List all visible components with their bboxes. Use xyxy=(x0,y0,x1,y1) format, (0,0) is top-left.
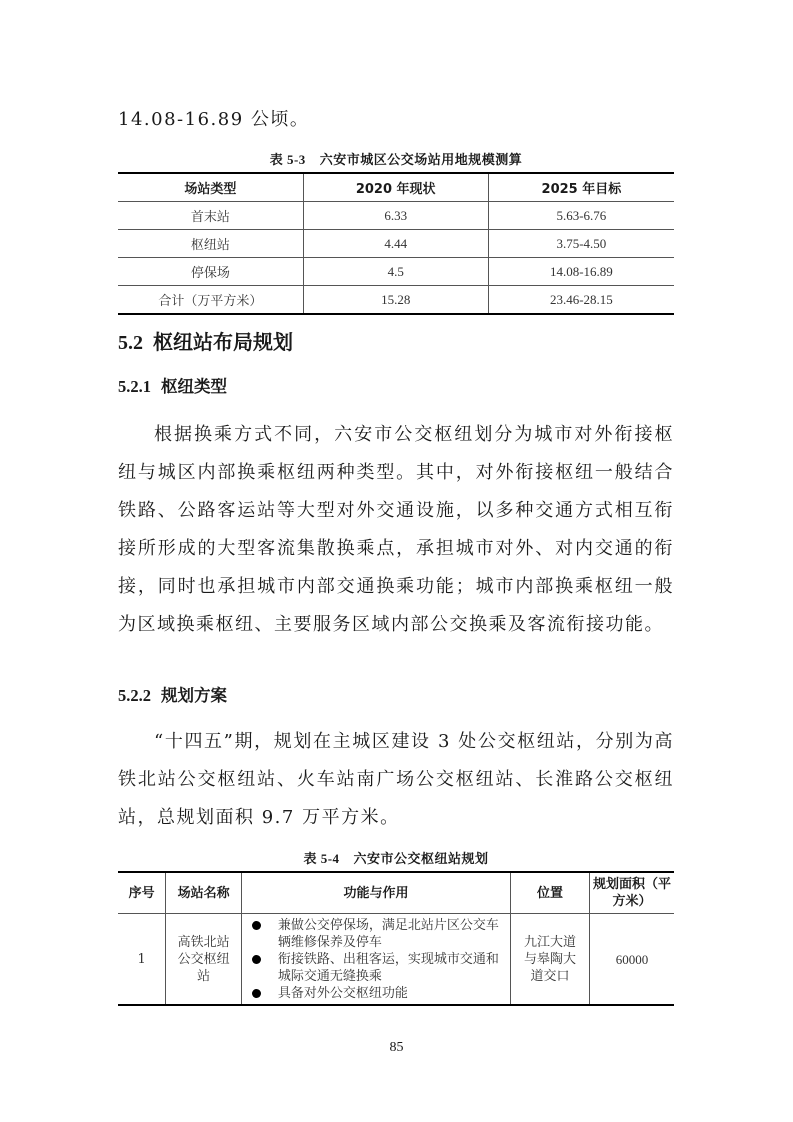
table-row: 枢纽站 4.44 3.75-4.50 xyxy=(118,230,674,258)
column-header: 位置 xyxy=(511,872,590,914)
document-page: 14.08-16.89 公顷。 表 5-3六安市城区公交场站用地规模测算 场站类… xyxy=(0,0,793,1122)
bullet-icon xyxy=(252,989,261,998)
table-cell: 停保场 xyxy=(118,258,303,286)
table-row: 首末站 6.33 5.63-6.76 xyxy=(118,202,674,230)
table-caption: 表 5-4六安市公交枢纽站规划 xyxy=(118,848,674,867)
section-number: 5.2.1 xyxy=(118,377,151,396)
table-cell: 3.75-4.50 xyxy=(488,230,674,258)
planned-area: 60000 xyxy=(589,914,674,1006)
table-title: 六安市城区公交场站用地规模测算 xyxy=(320,153,523,168)
section-title: 枢纽类型 xyxy=(161,377,227,396)
function-text: 兼做公交停保场，满足北站片区公交车辆维修保养及停车 xyxy=(278,918,499,950)
table-row: 停保场 4.5 14.08-16.89 xyxy=(118,258,674,286)
bullet-icon xyxy=(252,955,261,964)
column-header: 规划面积（平方米） xyxy=(589,872,674,914)
bullet-icon xyxy=(252,921,261,930)
function-list-cell: 兼做公交停保场，满足北站片区公交车辆维修保养及停车 衔接铁路、出租客运，实现城市… xyxy=(241,914,510,1006)
station-name: 高铁北站公交枢纽站 xyxy=(166,914,242,1006)
table-5-4-block: 表 5-4六安市公交枢纽站规划 序号 场站名称 功能与作用 位置 规划面积（平方… xyxy=(118,848,674,1006)
paragraph-plan: “十四五”期，规划在主城区建设 3 处公交枢纽站，分别为高铁北站公交枢纽站、火车… xyxy=(118,723,674,837)
table-header-row: 场站类型 2020 年现状 2025 年目标 xyxy=(118,173,674,202)
section-title: 规划方案 xyxy=(161,686,227,705)
table-caption: 表 5-3六安市城区公交场站用地规模测算 xyxy=(118,149,674,168)
intro-line: 14.08-16.89 公顷。 xyxy=(118,101,674,139)
table-cell: 14.08-16.89 xyxy=(488,258,674,286)
column-header: 场站名称 xyxy=(166,872,242,914)
hub-plan-table: 序号 场站名称 功能与作用 位置 规划面积（平方米） 1 高铁北站公交枢纽站 兼… xyxy=(118,871,674,1006)
table-cell: 4.5 xyxy=(303,258,488,286)
section-number: 5.2.2 xyxy=(118,686,151,705)
section-heading-5-2: 5.2枢纽站布局规划 xyxy=(118,326,293,355)
list-item: 具备对外公交枢纽功能 xyxy=(246,985,506,1002)
table-cell: 4.44 xyxy=(303,230,488,258)
location: 九江大道与皋陶大道交口 xyxy=(511,914,590,1006)
paragraph-hub-types: 根据换乘方式不同，六安市公交枢纽划分为城市对外衔接枢纽与城区内部换乘枢纽两种类型… xyxy=(118,416,674,644)
table-header-row: 序号 场站名称 功能与作用 位置 规划面积（平方米） xyxy=(118,872,674,914)
table-cell: 枢纽站 xyxy=(118,230,303,258)
table-cell: 23.46-28.15 xyxy=(488,286,674,315)
table-cell: 合计（万平方米） xyxy=(118,286,303,315)
table-row: 1 高铁北站公交枢纽站 兼做公交停保场，满足北站片区公交车辆维修保养及停车 衔接… xyxy=(118,914,674,1006)
function-list: 兼做公交停保场，满足北站片区公交车辆维修保养及停车 衔接铁路、出租客运，实现城市… xyxy=(242,917,510,1002)
column-header: 场站类型 xyxy=(118,173,303,202)
column-header: 功能与作用 xyxy=(241,872,510,914)
list-item: 衔接铁路、出租客运，实现城市交通和城际交通无缝换乘 xyxy=(246,951,506,985)
function-text: 具备对外公交枢纽功能 xyxy=(278,986,408,1001)
table-cell: 15.28 xyxy=(303,286,488,315)
page-number: 85 xyxy=(0,1040,793,1056)
section-heading-5-2-2: 5.2.2规划方案 xyxy=(118,682,227,706)
section-heading-5-2-1: 5.2.1枢纽类型 xyxy=(118,373,227,397)
table-row: 合计（万平方米） 15.28 23.46-28.15 xyxy=(118,286,674,315)
table-5-3-block: 表 5-3六安市城区公交场站用地规模测算 场站类型 2020 年现状 2025 … xyxy=(118,149,674,315)
list-item: 兼做公交停保场，满足北站片区公交车辆维修保养及停车 xyxy=(246,917,506,951)
row-index: 1 xyxy=(118,914,166,1006)
table-title: 六安市公交枢纽站规划 xyxy=(354,852,489,867)
column-header: 2025 年目标 xyxy=(488,173,674,202)
column-header: 序号 xyxy=(118,872,166,914)
section-title: 枢纽站布局规划 xyxy=(153,330,293,354)
table-number: 表 5-4 xyxy=(303,851,339,866)
section-number: 5.2 xyxy=(118,332,143,354)
table-number: 表 5-3 xyxy=(270,152,306,167)
column-header: 2020 年现状 xyxy=(303,173,488,202)
land-scale-table: 场站类型 2020 年现状 2025 年目标 首末站 6.33 5.63-6.7… xyxy=(118,172,674,315)
function-text: 衔接铁路、出租客运，实现城市交通和城际交通无缝换乘 xyxy=(278,952,499,984)
table-cell: 首末站 xyxy=(118,202,303,230)
table-cell: 5.63-6.76 xyxy=(488,202,674,230)
table-cell: 6.33 xyxy=(303,202,488,230)
